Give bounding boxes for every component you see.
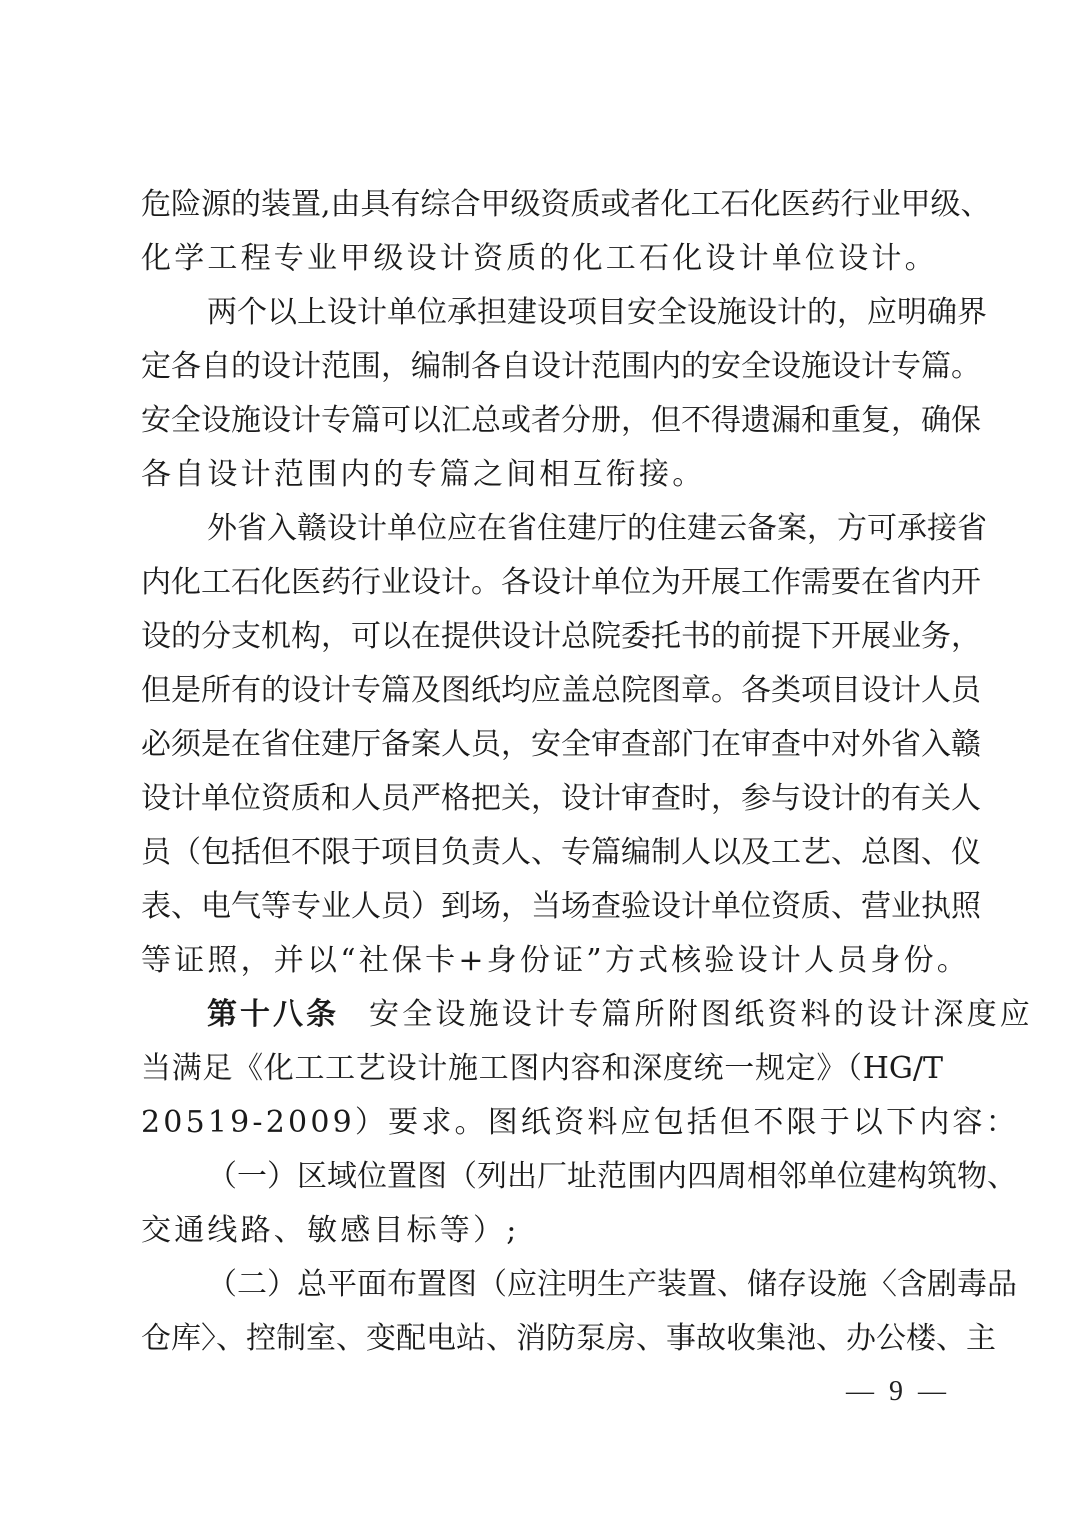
text-line: 各自设计范围内的专篇之间相互衔接。 <box>141 448 951 502</box>
text-line: 20519-2009）要求。图纸资料应包括但不限于以下内容： <box>141 1096 951 1150</box>
text-line: 化学工程专业甲级设计资质的化工石化设计单位设计。 <box>141 232 951 286</box>
text-line: 等证照，并以“社保卡+身份证”方式核验设计人员身份。 <box>141 934 951 988</box>
text-line: 但是所有的设计专篇及图纸均应盖总院图章。各类项目设计人员 <box>141 664 943 718</box>
text-line: 内化工石化医药行业设计。各设计单位为开展工作需要在省内开 <box>141 556 943 610</box>
list-item-line: （二）总平面布置图（应注明生产装置、储存设施〈含剧毒品 <box>141 1258 943 1312</box>
text-line: 员（包括但不限于项目负责人、专篇编制人以及工艺、总图、仪 <box>141 826 943 880</box>
article-label: 第十八条 <box>207 997 339 1032</box>
text-line: 表、电气等专业人员）到场，当场查验设计单位资质、营业执照 <box>141 880 943 934</box>
text-line: 安全设施设计专篇可以汇总或者分册，但不得遗漏和重复，确保 <box>141 394 943 448</box>
text-line: 设的分支机构，可以在提供设计总院委托书的前提下开展业务， <box>141 610 943 664</box>
text-line: 当满足《化工工艺设计施工图内容和深度统一规定》（HG/T <box>141 1042 943 1096</box>
text-line: 外省入赣设计单位应在省住建厅的住建云备案，方可承接省 <box>141 502 943 556</box>
list-item-line: 仓库〉、控制室、变配电站、消防泵房、事故收集池、办公楼、主 <box>141 1312 943 1366</box>
page-number: — 9 — <box>846 1372 950 1412</box>
list-item-line: 交通线路、敏感目标等）; <box>141 1204 951 1258</box>
article-text: 安全设施设计专篇所附图纸资料的设计深度应 <box>369 997 1033 1032</box>
list-item-line: （一）区域位置图（列出厂址范围内四周相邻单位建构筑物、 <box>141 1150 943 1204</box>
text-line: 危险源的装置,由具有综合甲级资质或者化工石化医药行业甲级、 <box>141 178 943 232</box>
text-line: 两个以上设计单位承担建设项目安全设施设计的，应明确界 <box>141 286 943 340</box>
text-line: 定各自的设计范围，编制各自设计范围内的安全设施设计专篇。 <box>141 340 943 394</box>
text-line: 设计单位资质和人员严格把关，设计审查时，参与设计的有关人 <box>141 772 943 826</box>
article-heading-line: 第十八条安全设施设计专篇所附图纸资料的设计深度应 <box>141 988 951 1042</box>
text-line: 必须是在省住建厅备案人员，安全审查部门在审查中对外省入赣 <box>141 718 943 772</box>
document-page: 危险源的装置,由具有综合甲级资质或者化工石化医药行业甲级、 化学工程专业甲级设计… <box>141 178 951 1366</box>
